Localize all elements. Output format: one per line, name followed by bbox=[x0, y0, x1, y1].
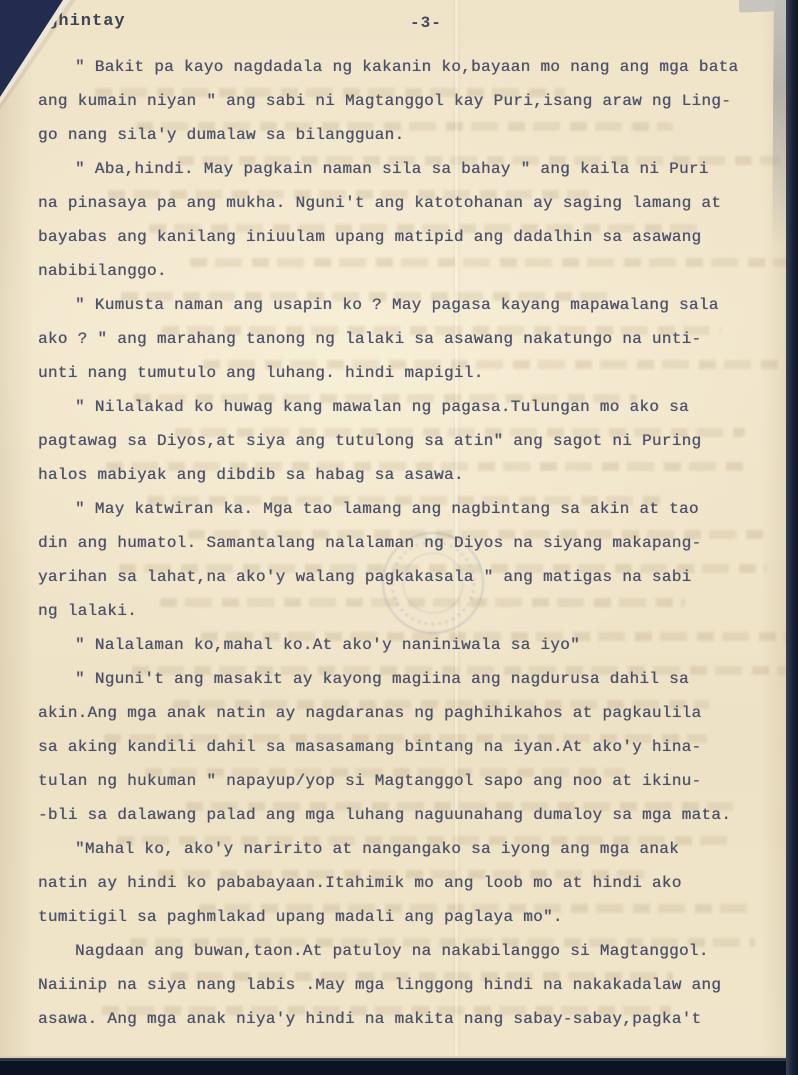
document-page: aghintay -3- " Bakit pa kayo nagdadala n… bbox=[0, 0, 787, 1058]
text-line: " Nguni't ang masakit ay kayong magiina … bbox=[38, 670, 689, 688]
right-edge-tab bbox=[739, 0, 776, 13]
text-line: go nang sila'y dumalaw sa bilangguan. bbox=[38, 126, 404, 144]
text-line: " Nilalakad ko huwag kang mawalan ng pag… bbox=[38, 398, 689, 416]
text-line: na pinasaya pa ang mukha. Nguni't ang ka… bbox=[38, 194, 721, 212]
text-line: ang kumain niyan " ang sabi ni Magtanggo… bbox=[38, 92, 731, 110]
text-line: Nagdaan ang buwan,taon.At patuloy na nak… bbox=[38, 942, 709, 960]
text-line: " Bakit pa kayo nagdadala ng kakanin ko,… bbox=[38, 58, 738, 76]
text-line: halos mabiyak ang dibdib sa habag sa asa… bbox=[38, 466, 464, 484]
text-line: tumitigil sa paghmlakad upang madali ang… bbox=[38, 908, 563, 926]
text-line: ng lalaki. bbox=[38, 602, 137, 620]
text-line: ako ? " ang marahang tanong ng lalaki sa… bbox=[38, 330, 701, 348]
text-line: " Aba,hindi. May pagkain naman sila sa b… bbox=[38, 160, 709, 178]
text-line: nabibilanggo. bbox=[38, 262, 167, 280]
text-line: " May katwiran ka. Mga tao lamang ang na… bbox=[38, 500, 699, 518]
text-line: akin.Ang mga anak natin ay nagdaranas ng… bbox=[38, 704, 701, 722]
text-line: din ang humatol. Samantalang nalalaman n… bbox=[38, 534, 701, 552]
text-line: sa aking kandili dahil sa masasamang bin… bbox=[38, 738, 701, 756]
text-line: -bli sa dalawang palad ang mga luhang na… bbox=[38, 806, 731, 824]
text-line: Naiinip na siya nang labis .May mga ling… bbox=[38, 976, 721, 994]
text-line: unti nang tumutulo ang luhang. hindi map… bbox=[38, 364, 484, 382]
text-line: tulan ng hukuman " napayup/yop si Magtan… bbox=[38, 772, 701, 790]
corner-fold bbox=[0, 0, 63, 97]
text-line: natin ay hindi ko pababayaan.Itahimik mo… bbox=[38, 874, 682, 892]
text-line: " Nalalaman ko,mahal ko.At ako'y naniniw… bbox=[38, 636, 580, 654]
right-edge-shadow bbox=[786, 0, 798, 1075]
text-line: bayabas ang kanilang iniuulam upang mati… bbox=[38, 228, 701, 246]
typed-text-block: " Bakit pa kayo nagdadala ng kakanin ko,… bbox=[0, 0, 787, 1056]
text-line: pagtawag sa Diyos,at siya ang tutulong s… bbox=[38, 432, 701, 450]
text-line: "Mahal ko, ako'y naririto at nangangako … bbox=[38, 840, 679, 858]
scan-background: aghintay -3- " Bakit pa kayo nagdadala n… bbox=[0, 0, 798, 1075]
text-line: asawa. Ang mga anak niya'y hindi na maki… bbox=[38, 1010, 701, 1028]
text-line: " Kumusta naman ang usapin ko ? May paga… bbox=[38, 296, 719, 314]
text-line: yarihan sa lahat,na ako'y walang pagkaka… bbox=[38, 568, 692, 586]
